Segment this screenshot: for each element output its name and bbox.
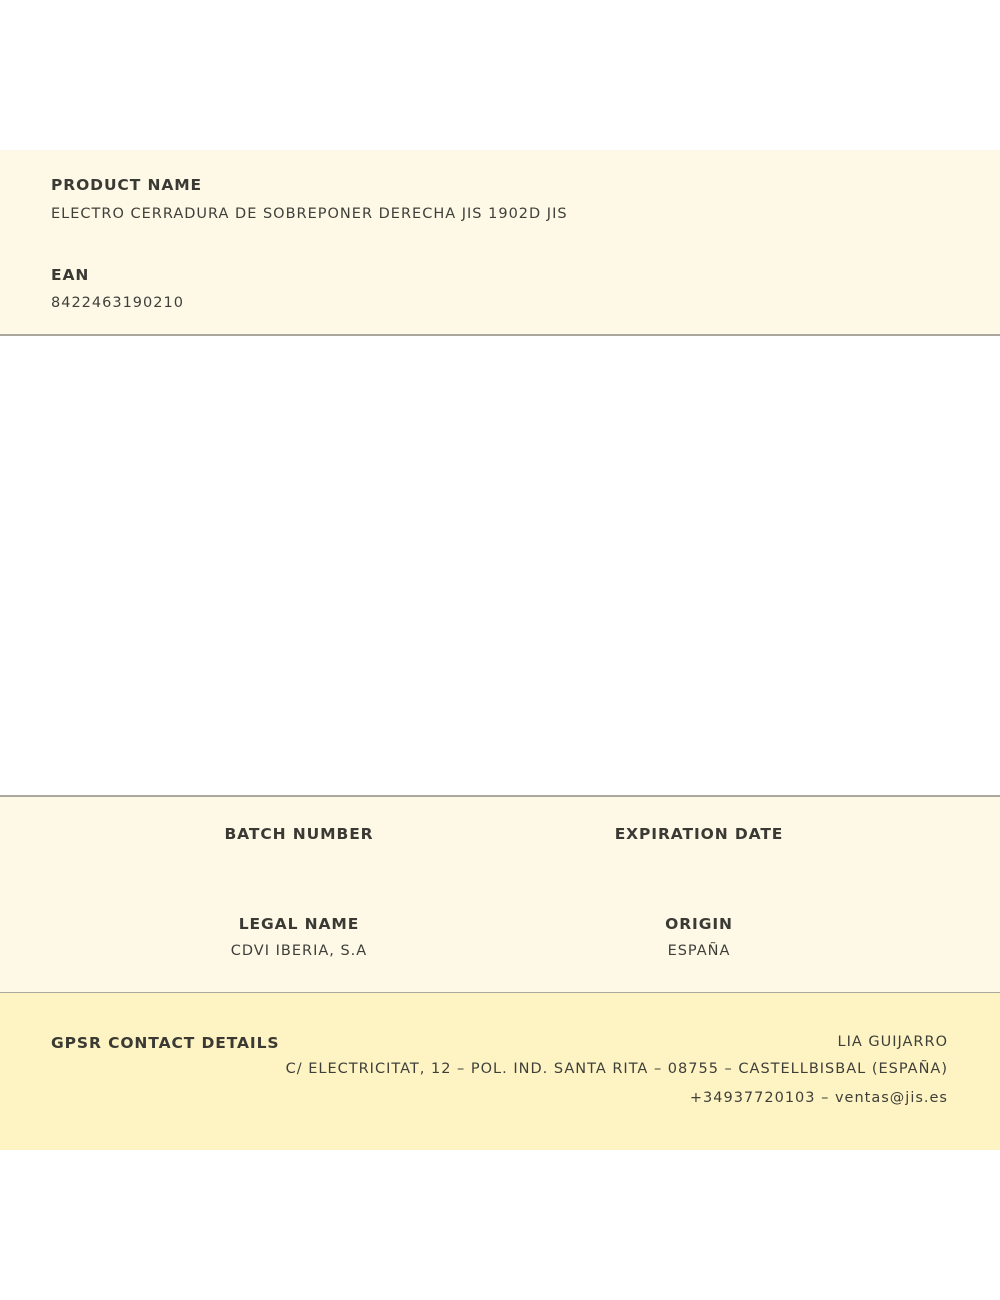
gpsr-contact-section: GPSR CONTACT DETAILS LIA GUIJARRO C/ ELE… [0,993,1000,1150]
gpsr-contact-phone-email: +34937720103 – ventas@jis.es [690,1090,948,1106]
product-name-label: PRODUCT NAME [51,176,202,194]
gpsr-contact-label: GPSR CONTACT DETAILS [51,1034,279,1052]
origin-label: ORIGIN [499,915,899,933]
ean-label: EAN [51,266,89,284]
legal-name-label: LEGAL NAME [99,915,499,933]
batch-details-section: BATCH NUMBER EXPIRATION DATE LEGAL NAME … [0,795,1000,994]
origin-value: ESPAÑA [499,943,899,959]
batch-number-label: BATCH NUMBER [99,825,499,843]
legal-name-value: CDVI IBERIA, S.A [99,943,499,959]
ean-value: 8422463190210 [51,295,184,311]
product-info-section: PRODUCT NAME ELECTRO CERRADURA DE SOBREP… [0,150,1000,336]
gpsr-contact-address: C/ ELECTRICITAT, 12 – POL. IND. SANTA RI… [286,1061,948,1077]
gpsr-contact-name: LIA GUIJARRO [837,1034,948,1050]
expiration-date-label: EXPIRATION DATE [499,825,899,843]
product-name-value: ELECTRO CERRADURA DE SOBREPONER DERECHA … [51,206,568,222]
